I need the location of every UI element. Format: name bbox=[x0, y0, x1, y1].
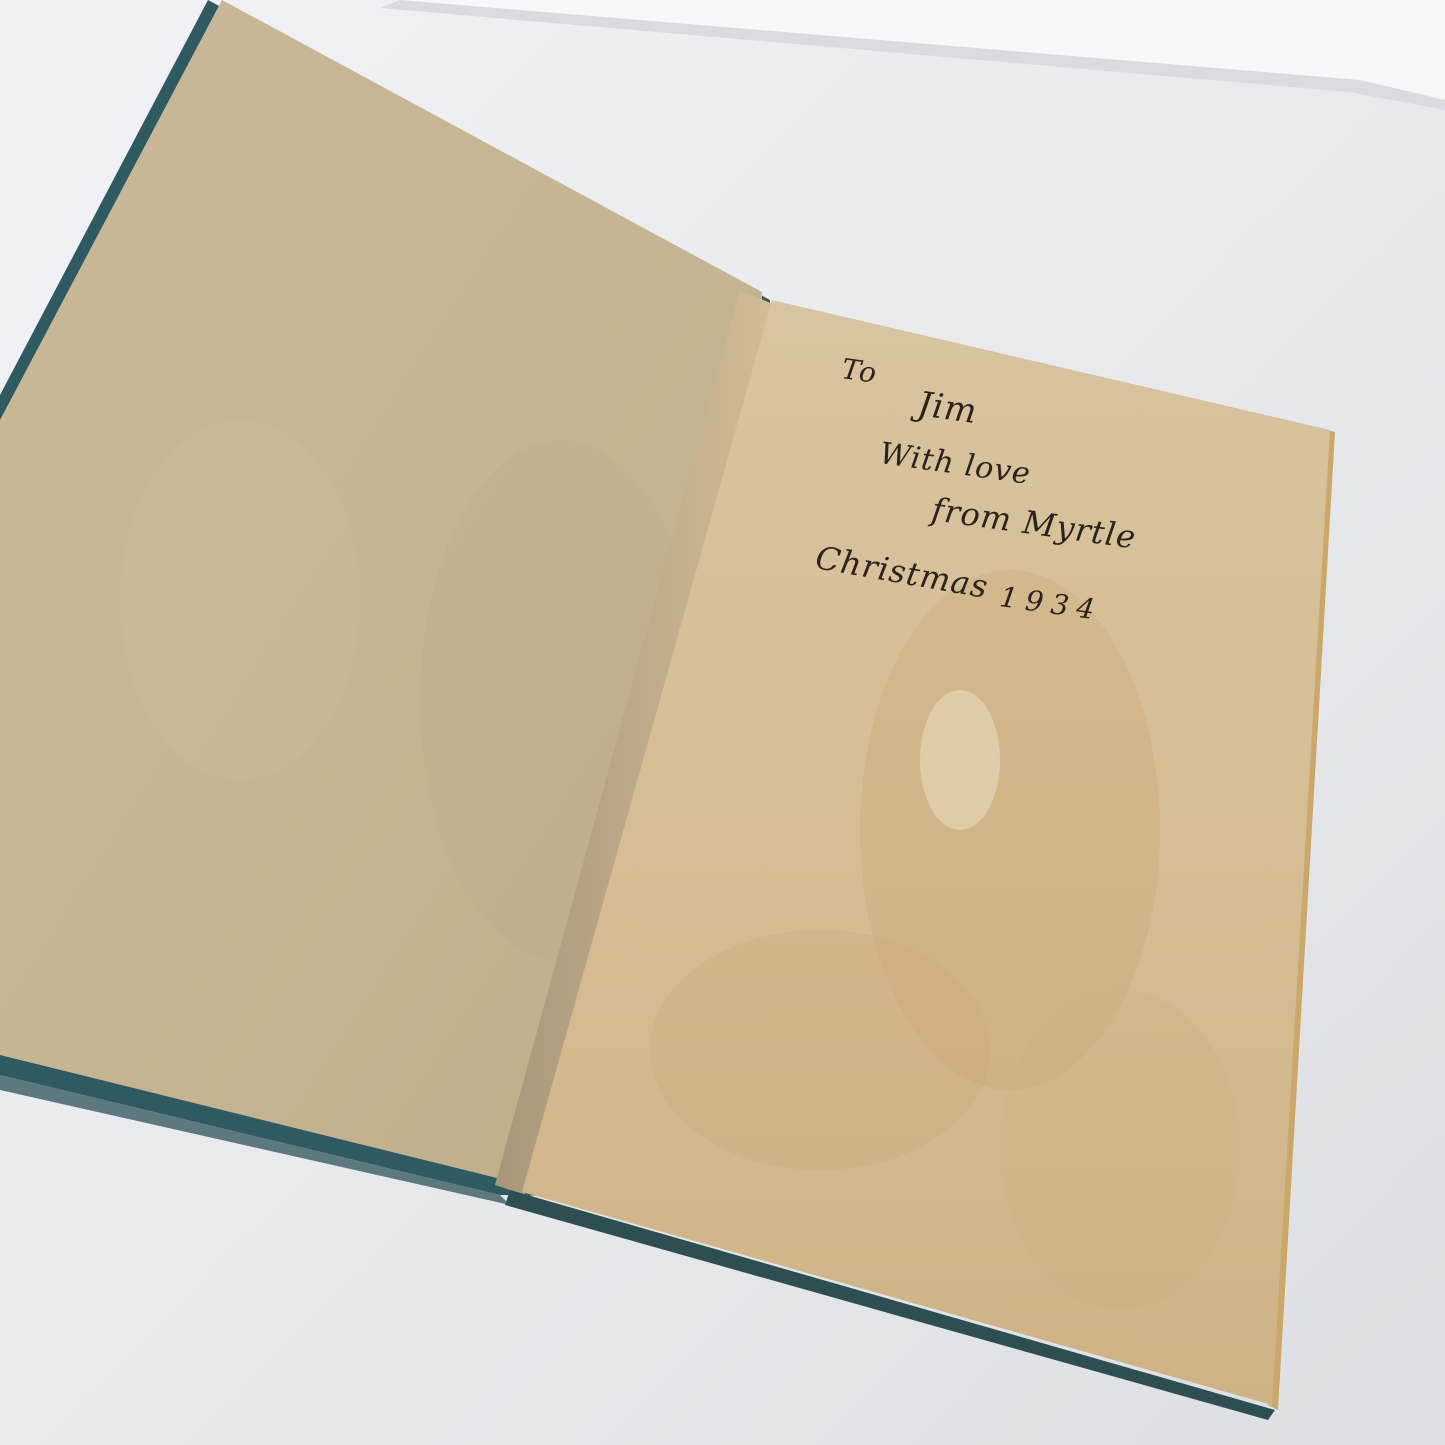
book-photo bbox=[0, 0, 1445, 1445]
